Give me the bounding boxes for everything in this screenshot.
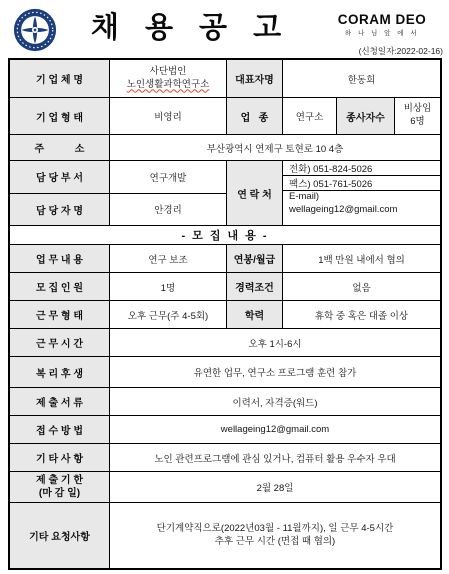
ceo-value: 한동희 <box>283 60 440 97</box>
work-type-value: 오후 근무(주 4-5회) <box>110 301 227 328</box>
contact-column: 전화) 051-824-5026 팩스) 051-761-5026 E-mail… <box>283 161 440 225</box>
other-requests-value: 단기계약직으로(2022년03월 - 11월까지), 일 근무 4-5시간 추후… <box>110 503 440 568</box>
manager-label: 담 당 자 명 <box>10 194 110 226</box>
row-address: 주 소 부산광역시 연제구 토현로 10 4층 <box>10 135 440 161</box>
row-documents: 제 출 서 류 이력서, 자격증(워드) <box>10 388 440 416</box>
company-name-line2: 노인생활과학연구소 <box>127 79 210 92</box>
university-seal-icon <box>12 7 58 53</box>
row-company-name: 기 업 체 명 사단법인 노인생활과학연구소 대표자명 한동희 <box>10 60 440 98</box>
work-hours-label: 근 무 시 간 <box>10 329 110 356</box>
career-value: 없음 <box>283 273 440 300</box>
row-work-hours: 근 무 시 간 오후 1시-6시 <box>10 329 440 357</box>
row-phone: 전화) 051-824-5026 <box>283 161 440 176</box>
row-section-header: - 모 집 내 용 - <box>10 226 440 245</box>
deadline-label-line1: 제 출 기 한 <box>36 474 83 488</box>
application-date: (신청일자:2022-02-16) <box>321 45 443 57</box>
employees-value: 비상임 6명 <box>395 98 440 134</box>
education-label: 학력 <box>227 301 283 328</box>
section-title: - 모 집 내 용 - <box>10 226 440 244</box>
education-value: 휴학 중 혹은 대졸 이상 <box>283 301 440 328</box>
row-email: E-mail) wellageing12@gmail.com <box>283 191 440 225</box>
documents-label: 제 출 서 류 <box>10 388 110 415</box>
apply-method-label: 접 수 방 법 <box>10 416 110 443</box>
brand-block: CORAM DEO 하 나 님 앞 에 서 (신청일자:2022-02-16) <box>321 6 443 57</box>
company-type-label: 기 업 형 태 <box>10 98 110 134</box>
job-value: 연구 보조 <box>110 245 227 272</box>
university-seal-icon <box>10 6 60 54</box>
job-label: 업 무 내 용 <box>10 245 110 272</box>
row-headcount: 모 집 인 원 1명 경력조건 없음 <box>10 273 440 301</box>
row-job: 업 무 내 용 연구 보조 연봉/월급 1백 만원 내에서 협의 <box>10 245 440 273</box>
industry-value: 연구소 <box>283 98 337 134</box>
row-department: 담 당 부 서 연구개발 <box>10 161 227 194</box>
brand-name: CORAM DEO <box>321 12 443 27</box>
salary-label: 연봉/월급 <box>227 245 283 272</box>
benefits-value: 유연한 업무, 연구소 프로그램 훈련 참가 <box>110 357 440 387</box>
address-label: 주 소 <box>10 135 110 160</box>
employees-line2: 6명 <box>410 116 424 129</box>
headcount-label: 모 집 인 원 <box>10 273 110 300</box>
department-value: 연구개발 <box>110 161 227 193</box>
row-other-requests: 기타 요청사항 단기계약직으로(2022년03월 - 11월까지), 일 근무 … <box>10 503 440 568</box>
documents-value: 이력서, 자격증(워드) <box>110 388 440 415</box>
other-requests-line1: 단기계약직으로(2022년03월 - 11월까지), 일 근무 4-5시간 <box>157 523 394 536</box>
other-requests-line2: 추후 근무 시간 (면접 때 협의) <box>215 536 335 549</box>
job-posting-table: 기 업 체 명 사단법인 노인생활과학연구소 대표자명 한동희 기 업 형 태 … <box>8 58 442 570</box>
employees-label: 종사자수 <box>337 98 395 134</box>
industry-label: 업 종 <box>227 98 283 134</box>
row-fax: 팩스) 051-761-5026 <box>283 176 440 191</box>
row-company-type: 기 업 형 태 비영리 업 종 연구소 종사자수 비상임 6명 <box>10 98 440 135</box>
career-label: 경력조건 <box>227 273 283 300</box>
dept-manager-column: 담 당 부 서 연구개발 담 당 자 명 안경리 <box>10 161 227 225</box>
salary-value: 1백 만원 내에서 협의 <box>283 245 440 272</box>
row-work-type: 근 무 형 태 오후 근무(주 4-5회) 학력 휴학 중 혹은 대졸 이상 <box>10 301 440 329</box>
fax-value: 팩스) 051-761-5026 <box>283 176 440 190</box>
page-title: 채 용 공 고 <box>60 6 321 50</box>
company-name-label: 기 업 체 명 <box>10 60 110 97</box>
row-manager: 담 당 자 명 안경리 <box>10 194 227 226</box>
department-label: 담 당 부 서 <box>10 161 110 193</box>
email-cell: E-mail) wellageing12@gmail.com <box>283 191 440 225</box>
employees-line1: 비상임 <box>404 103 432 116</box>
work-type-label: 근 무 형 태 <box>10 301 110 328</box>
etc-value: 노인 관련프로그램에 관심 있거나, 컴퓨터 활용 우수자 우대 <box>110 444 440 471</box>
etc-label: 기 타 사 항 <box>10 444 110 471</box>
company-name-value: 사단법인 노인생활과학연구소 <box>110 60 227 97</box>
benefits-label: 복 리 후 생 <box>10 357 110 387</box>
document-header: 채 용 공 고 CORAM DEO 하 나 님 앞 에 서 (신청일자:2022… <box>0 0 449 56</box>
manager-value: 안경리 <box>110 194 227 226</box>
other-requests-label: 기타 요청사항 <box>10 503 110 568</box>
ceo-label: 대표자명 <box>227 60 283 97</box>
email-label: E-mail) <box>289 191 319 204</box>
brand-motto: 하 나 님 앞 에 서 <box>321 28 443 37</box>
deadline-value: 2월 28일 <box>110 472 440 502</box>
contact-label: 연 락 처 <box>227 161 283 225</box>
address-value: 부산광역시 연제구 토현로 10 4층 <box>110 135 440 160</box>
row-deadline: 제 출 기 한 (마 감 일) 2월 28일 <box>10 472 440 503</box>
company-name-line1: 사단법인 <box>150 66 187 79</box>
job-posting-document: 채 용 공 고 CORAM DEO 하 나 님 앞 에 서 (신청일자:2022… <box>0 0 449 574</box>
phone-value: 전화) 051-824-5026 <box>283 161 440 175</box>
row-apply-method: 접 수 방 법 wellageing12@gmail.com <box>10 416 440 444</box>
row-benefits: 복 리 후 생 유연한 업무, 연구소 프로그램 훈련 참가 <box>10 357 440 388</box>
deadline-label: 제 출 기 한 (마 감 일) <box>10 472 110 502</box>
row-contact-block: 담 당 부 서 연구개발 담 당 자 명 안경리 연 락 처 전화) 051-8… <box>10 161 440 226</box>
work-hours-value: 오후 1시-6시 <box>110 329 440 356</box>
deadline-label-line2: (마 감 일) <box>39 487 80 501</box>
email-value: wellageing12@gmail.com <box>289 204 397 217</box>
row-etc: 기 타 사 항 노인 관련프로그램에 관심 있거나, 컴퓨터 활용 우수자 우대 <box>10 444 440 472</box>
company-type-value: 비영리 <box>110 98 227 134</box>
apply-method-value: wellageing12@gmail.com <box>110 416 440 443</box>
headcount-value: 1명 <box>110 273 227 300</box>
